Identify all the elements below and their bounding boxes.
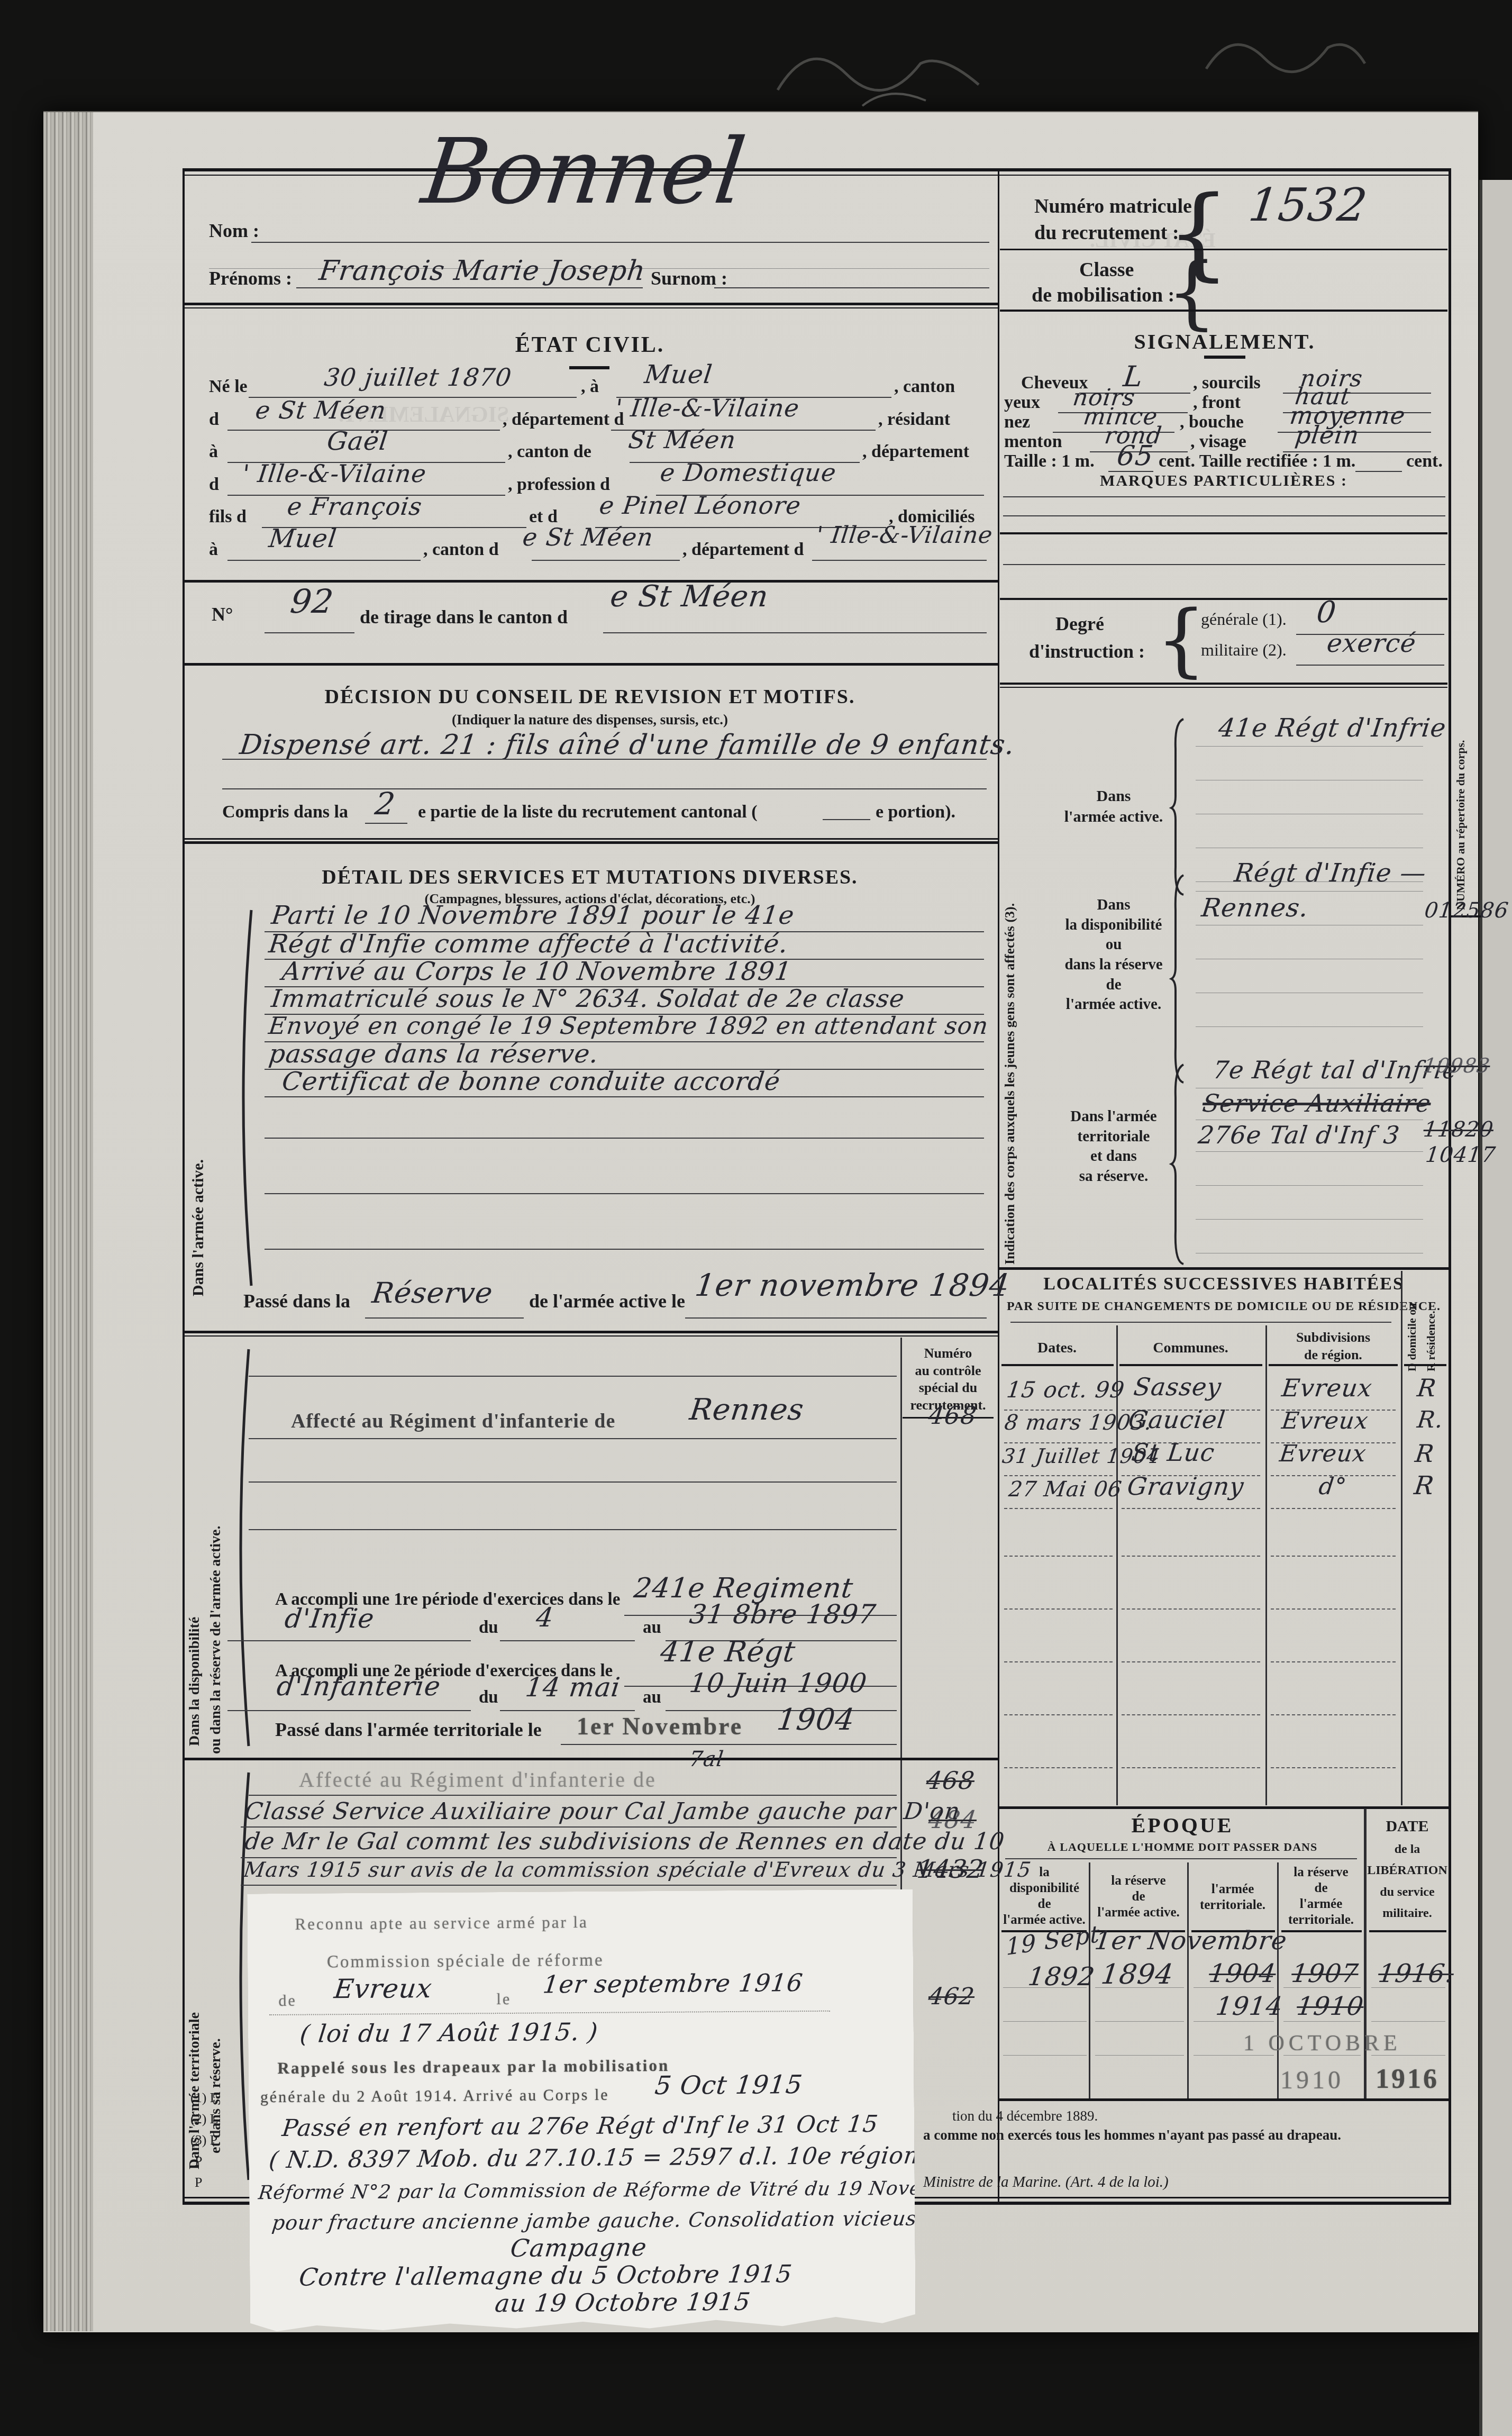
rule: [1196, 780, 1423, 780]
domicile-canton-value: e St Méen: [521, 523, 655, 551]
rule: [1196, 1120, 1423, 1120]
localites-row1-date: 15 oct. 99: [1005, 1377, 1126, 1403]
rule: [714, 287, 989, 288]
periode1-start-value: 4: [534, 1602, 555, 1633]
corps-terr-l1: Dans l'armée: [1070, 1108, 1157, 1125]
epoque-title: ÉPOQUE: [1000, 1813, 1365, 1838]
localites-row4-subdivision: d°: [1317, 1473, 1348, 1500]
rule: [1003, 515, 1445, 516]
rule: [1196, 1088, 1423, 1088]
sourcils-label: , sourcils: [1193, 373, 1261, 393]
c4l1: la réserve: [1294, 1865, 1348, 1879]
periode1-end-value: 31 8bre 1897: [688, 1599, 878, 1630]
localites-row3-commune: St Luc: [1130, 1438, 1216, 1467]
scanned-register-page: SIGNALEMENT. ÉTAT CIVIL. Nom : Bonnel Pr…: [0, 0, 1512, 2436]
rule: [265, 1193, 984, 1194]
row-rule: [1122, 1608, 1260, 1610]
localites-subtitle: PAR SUITE DE CHANGEMENTS DE DOMICILE OU …: [1000, 1299, 1447, 1314]
heavy-rule: [999, 1267, 1449, 1270]
rule: [249, 1376, 897, 1377]
c4l3: l'armée: [1300, 1897, 1343, 1911]
renfort-handwritten: Passé en renfort au 276e Régt d'Inf le 3…: [280, 2111, 879, 2142]
footnote-fragment-4: P: [195, 2153, 202, 2169]
reserve-side-label-2: ou dans la réserve de l'armée active.: [207, 1347, 224, 1754]
numero-controle-value: 468: [927, 1401, 978, 1430]
corps-terr-value-1: 7e Régt tal d'Infrie: [1212, 1056, 1459, 1084]
loi-handwritten: ( loi du 17 Août 1915. ): [298, 2017, 599, 2048]
affecte-territorial-stamp: Affecté au Régiment d'infanterie de: [299, 1767, 657, 1792]
rule: [227, 1710, 471, 1711]
epoque-reserve-nov: 1er Novembre: [1093, 1926, 1289, 1956]
corps-terr-l4: sa réserve.: [1079, 1168, 1148, 1185]
reforme-date-handwritten: 1er septembre 1916: [542, 1968, 805, 1998]
residence-dept-label: , département: [862, 442, 969, 462]
numero-controle-l1: Numéro: [924, 1346, 972, 1361]
c1l1: la: [1039, 1865, 1049, 1879]
row-rule: [1003, 2055, 1087, 2056]
departement-label: , département d: [503, 410, 624, 430]
dept2-value: ' Ille-&-Vilaine: [241, 459, 428, 488]
corps-side-label: Indication des corps auxquels les jeunes…: [1002, 698, 1018, 1265]
reforme-lieu-handwritten: Evreux: [333, 1973, 434, 2004]
group-brace: [1170, 717, 1186, 897]
rule: [1196, 1253, 1423, 1253]
prenoms-label: Prénoms :: [209, 267, 292, 289]
rule: [249, 1438, 897, 1439]
title-underline: [569, 366, 609, 369]
rule: [296, 287, 643, 288]
instruction-generale-label: générale (1).: [1201, 610, 1287, 629]
profession-value: e Domestique: [659, 458, 838, 487]
bouche-label: , bouche: [1180, 412, 1244, 432]
localites-row1-dr: R: [1416, 1374, 1438, 1402]
front-label: , front: [1193, 393, 1241, 413]
decorative-rule: [1010, 1322, 1391, 1323]
service-line-6: passage dans la réserve.: [267, 1039, 600, 1069]
row-rule: [1271, 1508, 1396, 1509]
father-name-value: e François: [286, 492, 424, 521]
passe-territoriale-value: 1904: [775, 1703, 857, 1737]
domicile-a-label: à: [209, 540, 218, 560]
passe-reserve-value-2: 1er novembre 1894: [693, 1267, 1012, 1303]
domicile-canton-label: , canton d: [423, 540, 499, 560]
localites-col-dr-1: D domicile ou: [1405, 1276, 1419, 1371]
decision-title: DÉCISION DU CONSEIL DE REVISION ET MOTIF…: [183, 685, 997, 708]
row-rule: [1122, 1767, 1260, 1768]
fracture-handwritten: pour fracture ancienne jambe gauche. Con…: [271, 2206, 937, 2234]
periode2-du-label: du: [479, 1688, 498, 1707]
taille-rectifiee-label: cent. Taille rectifiée : 1 m.: [1159, 451, 1355, 471]
corps-dispo-label: Dans la disponibilité ou dans la réserve…: [1058, 895, 1169, 1015]
heavy-rule: [999, 2098, 1449, 2101]
stamp-1910: 1910: [1280, 2066, 1344, 2095]
c5l4: du service: [1380, 1885, 1434, 1899]
heavy-rule: [183, 1758, 999, 1760]
row-rule: [1004, 1508, 1113, 1509]
le-stamp: le: [496, 1990, 511, 2008]
generale-stamp: générale du 2 Août 1914. Arrivé au Corps…: [260, 2086, 609, 2107]
periode2-end-value: 10 Juin 1900: [688, 1668, 869, 1698]
marques-label: MARQUES PARTICULIÈRES :: [1000, 472, 1447, 490]
campagne-au-handwritten: au 19 Octobre 1915: [494, 2287, 752, 2317]
c4l2: de: [1315, 1881, 1328, 1895]
decision-subtitle: (Indiquer la nature des dispenses, sursi…: [183, 712, 997, 728]
frame-top-thin: [183, 175, 1451, 176]
rule: [365, 823, 407, 824]
epoque-terr-value: 1914: [1214, 1992, 1285, 2021]
table-vline: [1277, 1862, 1279, 2098]
section-brace: [233, 907, 254, 1288]
pencil-scribble: [767, 26, 989, 127]
row-rule: [1122, 1508, 1260, 1509]
rule: [227, 1640, 471, 1641]
repertoire-number-terr-1: 10983: [1422, 1054, 1491, 1077]
heavy-rule: [1000, 532, 1447, 534]
numero-controle-l2: au contrôle: [915, 1363, 981, 1378]
rule: [265, 1138, 984, 1139]
localites-row4-dr: R: [1413, 1471, 1436, 1501]
residence-canton-label: , canton de: [508, 442, 591, 462]
classe-label-line2: de mobilisation :: [1032, 284, 1174, 307]
classe-label-line1: Classe: [1079, 258, 1134, 281]
surnom-label: Surnom :: [651, 267, 727, 289]
numero-controle-l3: spécial du: [919, 1380, 978, 1395]
nd-mob-handwritten: ( N.D. 8397 Mob. du 27.10.15 = 2597 d.l.…: [268, 2142, 939, 2174]
passe-reserve-value-1: Réserve: [370, 1276, 495, 1310]
localites-col-communes: Communes.: [1121, 1340, 1261, 1357]
c1l3: de: [1038, 1897, 1051, 1911]
frame-left: [183, 168, 185, 2205]
row-rule: [1003, 1987, 1087, 1988]
row-rule: [1004, 1767, 1113, 1768]
service-line-3: Arrivé au Corps le 10 Novembre 1891: [280, 957, 793, 986]
tirage-canton-value: e St Méen: [608, 579, 770, 614]
epoque-reserve-value: 1894: [1099, 1959, 1176, 1990]
rule: [1196, 814, 1423, 814]
row-rule: [1095, 2021, 1184, 2022]
campagne-handwritten: Campagne: [509, 2233, 649, 2262]
passe-reserve-label-1: Passé dans la: [243, 1290, 350, 1312]
epoque-resterr-crossed-1: 1907: [1290, 1959, 1360, 1988]
mother-name-value: e Pinel Léonore: [598, 491, 803, 520]
departement-value: ' Ille-&-Vilaine: [614, 394, 801, 422]
compris-label-3: e portion).: [876, 802, 955, 822]
epoque-col2-header: la réserve de l'armée active.: [1091, 1873, 1186, 1921]
periode1-du-label: du: [479, 1618, 498, 1638]
periode2-value: 41e Régt: [659, 1635, 797, 1668]
header-rule: [1369, 1930, 1446, 1932]
birth-date-value: 30 juillet 1870: [323, 363, 513, 392]
passe-territoriale-stamp: 1er Novembre: [577, 1712, 743, 1740]
rule: [685, 1317, 987, 1319]
table-vline: [1401, 1271, 1402, 1805]
crossed-number-1: 468: [925, 1766, 976, 1795]
signalement-title: SIGNALEMENT.: [1000, 329, 1450, 354]
row-rule: [1004, 1714, 1113, 1715]
subdiv-l2: de région.: [1304, 1347, 1362, 1362]
reserve-side-label-1: Dans la disponibilité: [186, 1355, 203, 1746]
localites-col-dates: Dates.: [1001, 1340, 1113, 1357]
de-stamp: de: [278, 1992, 297, 2010]
title-underline: [1204, 356, 1245, 359]
row-rule: [1283, 2021, 1361, 2022]
heavy-rule: [183, 663, 999, 666]
service-line-4: Immatriculé sous le N° 2634. Soldat de 2…: [270, 984, 906, 1013]
row-rule: [1004, 1475, 1113, 1476]
corps-active-label: Dans l'armée active.: [1063, 786, 1164, 827]
c2l3: l'armée active.: [1097, 1905, 1179, 1920]
epoque-terr-crossed: 1904: [1207, 1959, 1278, 1988]
corps-dispo-l2: la disponibilité: [1065, 916, 1162, 933]
subdiv-l1: Subdivisions: [1296, 1330, 1370, 1345]
prenoms-value-handwritten: François Marie Joseph: [317, 255, 648, 287]
residant-label: , résidant: [878, 410, 950, 430]
classe-auxiliaire-line-3: Mars 1915 sur avis de la commission spéc…: [242, 1858, 1033, 1882]
localites-row4-date: 27 Mai 06: [1007, 1477, 1123, 1502]
rule: [265, 632, 354, 633]
rule: [1003, 496, 1445, 497]
birth-label: Né le: [209, 377, 248, 397]
corps-active-value: 41e Régt d'Infrie: [1217, 713, 1448, 743]
campagne-contre-handwritten: Contre l'allemagne du 5 Octobre 1915: [297, 2259, 794, 2292]
corps-dispo-value-1: Régt d'Infie —: [1233, 858, 1428, 888]
c4l4: territoriale.: [1288, 1913, 1354, 1927]
periode1-au-label: au: [643, 1618, 661, 1638]
yeux-label: yeux: [1004, 393, 1040, 413]
heavy-rule-thin: [1000, 687, 1447, 688]
corps-territoriale-label: Dans l'armée territoriale et dans sa rés…: [1058, 1107, 1169, 1187]
instruction-militaire-value: exercé: [1325, 629, 1418, 658]
service-line-7: Certificat de bonne conduite accordé: [280, 1067, 782, 1096]
group-brace: [1170, 873, 1186, 1085]
corps-dispo-l1: Dans: [1097, 896, 1131, 913]
heavy-rule: [1000, 598, 1447, 600]
header-rule: [1269, 1364, 1398, 1366]
tirage-no-label: N°: [212, 603, 233, 625]
rule: [1196, 993, 1423, 993]
rule: [265, 1249, 984, 1250]
row-rule: [1004, 1442, 1113, 1443]
periode2-au-label: au: [643, 1688, 661, 1707]
rule: [1196, 746, 1423, 747]
cent-label: cent.: [1406, 451, 1443, 471]
reconnu-apte-stamp: Reconnu apte au service armé par la: [295, 1913, 588, 1934]
birth-place-value: Muel: [643, 360, 714, 389]
corps-active-l2: l'armée active.: [1064, 808, 1163, 825]
c2l2: de: [1132, 1889, 1145, 1904]
c3l1: l'armée: [1212, 1882, 1254, 1896]
row-rule: [1095, 2055, 1184, 2056]
localites-col-subdivisions: Subdivisions de région.: [1270, 1329, 1397, 1364]
rappele-stamp: Rappelé sous les drapeaux par la mobilis…: [277, 2056, 669, 2078]
rule: [603, 632, 987, 633]
tirage-label: de tirage dans le canton d: [360, 606, 568, 628]
localites-row3-subdivision: Evreux: [1278, 1440, 1368, 1467]
octobre-stamp: 1 OCTOBRE: [1243, 2031, 1401, 2056]
book-page-stack-edge: [43, 112, 93, 2331]
rule: [241, 1826, 897, 1828]
rule: [1196, 891, 1423, 892]
c5l3: LIBÉRATION: [1367, 1864, 1447, 1877]
row-rule: [1271, 1714, 1396, 1715]
rule: [1003, 564, 1445, 565]
c5l2: de la: [1395, 1842, 1420, 1856]
residence-a-label: à: [209, 442, 218, 462]
corps-dispo-value-2: Rennes.: [1200, 893, 1310, 923]
arrive-corps-date-handwritten: 5 Oct 1915: [653, 2070, 804, 2101]
menton-label: menton: [1004, 432, 1062, 452]
row-rule: [1371, 1987, 1445, 1988]
matricule-label-line2: du recrutement :: [1034, 221, 1179, 244]
localites-row4-commune: Gravigny: [1126, 1472, 1246, 1501]
rule: [1296, 665, 1444, 666]
heavy-rule: [183, 1331, 999, 1333]
header-rule: [1119, 1364, 1262, 1366]
epoque-liberation-crossed: 1916.: [1377, 1959, 1455, 1988]
canton-value: e St Méen: [254, 396, 388, 424]
localites-title: LOCALITÉS SUCCESSIVES HABITÉES: [1000, 1274, 1447, 1294]
domicile-dept-value: ' Ille-&-Vilaine: [815, 522, 994, 549]
row-rule: [1004, 1608, 1113, 1610]
crossed-number-4: 462: [927, 1983, 976, 2010]
rule: [532, 560, 680, 561]
dept2-label: d: [209, 475, 219, 495]
localites-row1-subdivision: Evreux: [1280, 1374, 1374, 1402]
heavy-rule: [999, 1806, 1449, 1809]
birth-a-label: , à: [581, 377, 599, 397]
compris-label-2: e partie de la liste du recrutement cant…: [418, 802, 757, 822]
footnote-right-1: tion du 4 décembre 1889.: [952, 2108, 1098, 2124]
localites-col-dr-2: R résidence.: [1424, 1276, 1438, 1371]
brace-icon: {: [1156, 601, 1206, 680]
corps-dispo-l5: de: [1106, 976, 1122, 993]
group-brace: [1170, 1062, 1186, 1266]
rule: [1000, 249, 1447, 250]
corps-terr-l2: territoriale: [1078, 1128, 1150, 1145]
row-rule: [1194, 2021, 1274, 2022]
repertoire-number-dispo: 012586: [1423, 898, 1510, 923]
decorative-rule: [1005, 1858, 1357, 1859]
decision-motif-handwritten: Dispensé art. 21 : fils aîné d'une famil…: [238, 729, 1017, 761]
residence-canton-value: St Méen: [627, 425, 737, 454]
service-line-1: Parti le 10 Novembre 1891 pour le 41e: [270, 901, 796, 930]
heavy-rule-thin: [183, 1335, 999, 1337]
profession-label: , profession d: [508, 475, 610, 495]
periode2-corps-value: d'Infanterie: [275, 1671, 443, 1702]
epoque-subtitle: À LAQUELLE L'HOMME DOIT PASSER DANS: [1000, 1840, 1365, 1854]
row-rule: [1122, 1661, 1260, 1662]
rule: [1196, 959, 1423, 959]
repertoire-number-terr-3: 10417: [1424, 1143, 1497, 1167]
corps-active-l1: Dans: [1096, 787, 1131, 805]
stamp-1916: 1916: [1376, 2064, 1439, 2095]
corps-terr-l3: et dans: [1090, 1148, 1137, 1165]
row-rule: [1194, 1987, 1274, 1988]
dotted-rule: [269, 2011, 830, 2015]
epoque-col4-header: la réserve de l'armée territoriale.: [1279, 1865, 1363, 1928]
c5l5: militaire.: [1382, 1906, 1432, 1920]
localites-row2-commune: Gauciel: [1127, 1405, 1227, 1434]
rule: [265, 1096, 984, 1097]
repertoire-number-terr-2: 11820: [1422, 1117, 1495, 1142]
epoque-col5-header: DATE de la LIBÉRATION du service militai…: [1367, 1816, 1447, 1923]
section-brace: [230, 1347, 251, 1749]
row-rule: [1271, 1661, 1396, 1662]
etat-civil-title: ÉTAT CIVIL.: [183, 332, 997, 358]
header-rule: [1281, 1930, 1362, 1932]
services-side-label: Dans l'armée active.: [189, 926, 207, 1296]
visage-label: , visage: [1190, 432, 1246, 452]
nez-label: nez: [1004, 412, 1030, 432]
corps-dispo-l4: dans la réserve: [1064, 956, 1162, 973]
rule: [251, 242, 989, 243]
degre-label-line1: Degré: [1055, 613, 1104, 635]
rule: [222, 788, 987, 789]
nom-label: Nom :: [209, 220, 259, 242]
corps-terr-value-3: 276e Tal d'Inf 3: [1197, 1121, 1401, 1149]
heavy-rule-thin: [183, 307, 999, 308]
service-line-5: Envoyé en congé le 19 Septembre 1892 en …: [267, 1012, 990, 1040]
periode1-corps-value: d'Infie: [283, 1603, 376, 1634]
table-vline: [1187, 1862, 1189, 2098]
localites-row1-commune: Sassey: [1132, 1372, 1223, 1401]
column-divider: [998, 168, 999, 2205]
rule: [1196, 848, 1423, 848]
footnote-fragment-2: (2) L: [190, 2111, 218, 2127]
domicile-dept-label: , département d: [682, 540, 804, 560]
matricule-value-handwritten: 1532: [1246, 179, 1370, 232]
corps-dispo-l6: l'armée active.: [1066, 996, 1161, 1013]
heavy-rule: [1000, 310, 1447, 312]
frame-right: [1449, 168, 1451, 2205]
compris-label: Compris dans la: [222, 802, 348, 822]
row-rule: [1122, 1714, 1260, 1715]
periode2-start-value: 14 mai: [524, 1672, 622, 1703]
brace-icon: {: [1167, 253, 1217, 332]
classe-auxiliaire-line-2: de Mr le Gal commt les subdivisions de R…: [243, 1828, 1006, 1855]
tirage-no-value: 92: [288, 582, 336, 621]
footnote-fragment-3: (3) P: [190, 2132, 217, 2148]
taille-label: Taille : 1 m.: [1004, 451, 1095, 471]
affecte-territorial-handwritten: 7al: [688, 1747, 725, 1771]
passe-reserve-label-2: de l'armée active le: [529, 1290, 685, 1312]
heavy-rule: [183, 841, 999, 844]
next-page-sliver: [1482, 180, 1512, 2436]
rule: [561, 1744, 897, 1745]
rule: [227, 560, 421, 561]
residence-value: Gaël: [325, 426, 390, 456]
rule: [1196, 1026, 1423, 1027]
classe-auxiliaire-line-1: Classé Service Auxiliaire pour Cal Jambe…: [243, 1798, 962, 1825]
c2l1: la réserve: [1111, 1874, 1165, 1888]
rule: [222, 759, 987, 760]
epoque-resterr-crossed-2: 1910: [1295, 1992, 1365, 2021]
row-rule: [1271, 1556, 1396, 1557]
footnote-fragment-5: P: [195, 2175, 202, 2190]
row-rule: [1271, 1608, 1396, 1610]
rule: [823, 819, 870, 820]
domicile-value: Muel: [267, 524, 339, 553]
row-rule: [1271, 1767, 1396, 1768]
pencil-scribble: [1201, 16, 1370, 95]
rule: [249, 1481, 897, 1483]
affecte-regiment-label: Affecté au Régiment d'infanterie de: [291, 1410, 615, 1433]
frame-top: [183, 168, 1451, 171]
epoque-col1-header: la disponibilité de l'armée active.: [1001, 1865, 1087, 1928]
canton-de-label: d: [209, 410, 219, 430]
row-rule: [1095, 1987, 1184, 1988]
rule: [249, 1795, 897, 1796]
